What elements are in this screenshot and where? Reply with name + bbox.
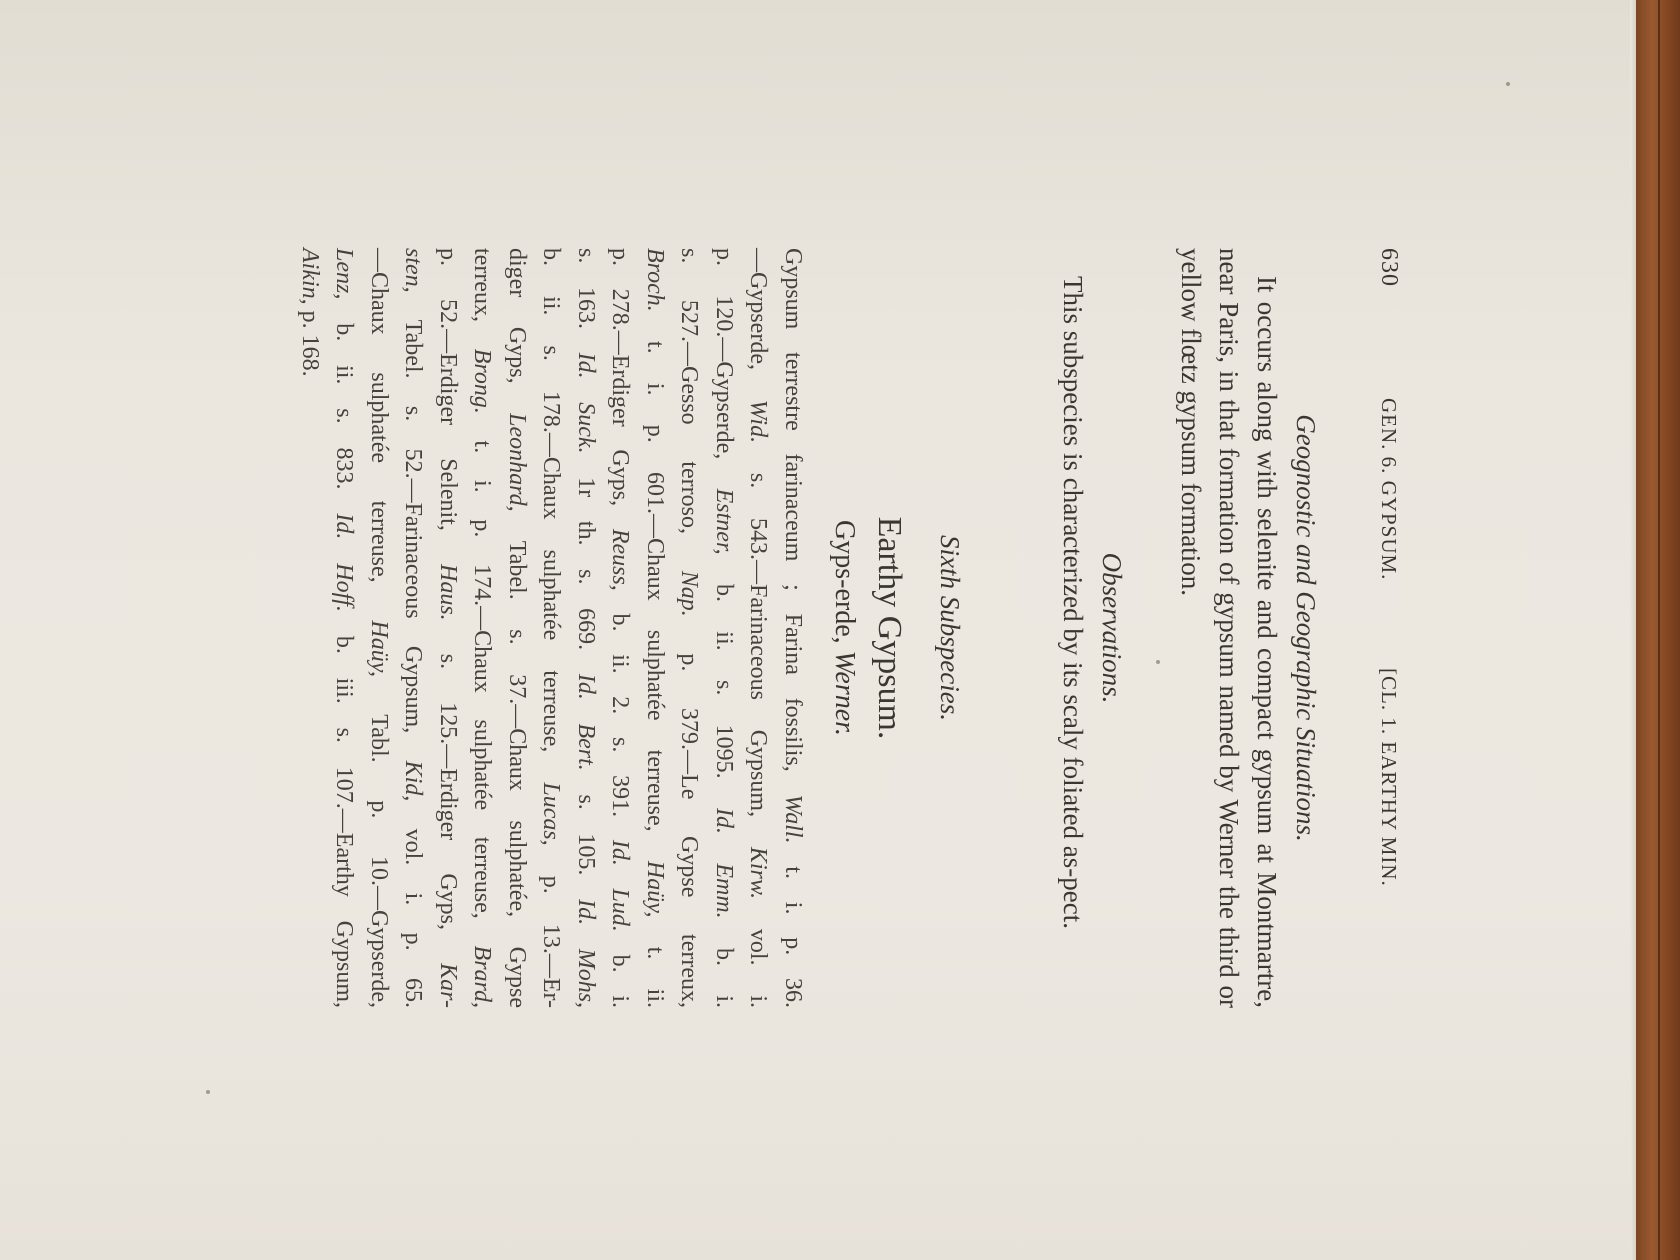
citation-author: Aikin, <box>297 248 323 305</box>
citation-text: b. ii. s. 833. <box>332 299 358 513</box>
synonymy-line: sten, Tabel. s. 52.—Farinaceous Gypsum, … <box>396 248 431 1008</box>
citation-author: Id. Emm. <box>711 808 737 919</box>
citation-text: —Gypserde, <box>746 248 772 400</box>
running-head: 630 GEN. 6. GYPSUM. [CL. 1. EARTHY MIN. <box>1368 248 1402 1008</box>
section-heading-geognostic: Geognostic and Geographic Situations. <box>1286 248 1326 1008</box>
citation-text: Tabel. s. 52.—Farinaceous Gypsum, <box>401 293 427 761</box>
synonymy-line: p. 278.—Erdiger Gyps, Reuss, b. ii. 2. s… <box>603 248 638 1008</box>
running-head-right: [CL. 1. EARTHY MIN. <box>1376 668 1401 887</box>
citation-text: Gypsum terrestre farinaceum ; Farina fos… <box>780 248 806 794</box>
german-author: Werner. <box>829 651 860 736</box>
running-head-left: GEN. 6. GYPSUM. <box>1376 398 1401 668</box>
citation-text: p. 168. <box>297 305 323 377</box>
citation-author: Id. Bert. <box>573 674 599 771</box>
citation-author: Nap. <box>677 571 703 617</box>
paragraph-geognostic: It occurs along with selenite and compac… <box>1172 248 1286 1008</box>
citation-text: Tabl. p. 10.—Gypserde, <box>366 677 392 1008</box>
citation-author: Id. Suck. <box>573 353 599 454</box>
paragraph-observations: This subspecies is characterized by its … <box>1054 248 1092 1008</box>
species-title: Earthy Gypsum. <box>866 248 912 1008</box>
citation-text: p. 278.—Erdiger Gyps, <box>608 248 634 529</box>
citation-text: s. 543.—Farinaceous Gypsum, <box>746 443 772 847</box>
synonymy-line: p. 120.—Gypserde, Estner, b. ii. s. 1095… <box>707 248 742 1008</box>
citation-text: t. i. p. 174.—Chaux sulphatée terreuse, <box>470 414 496 946</box>
citation-text: p. 379.—Le Gypse terreux, <box>677 617 703 1008</box>
citation-author: Broch. <box>642 248 668 312</box>
citation-text: p. 52.—Erdiger Selenit, <box>435 248 461 564</box>
citation-author: Id. Hoff. <box>332 513 358 612</box>
paper-fleck <box>1506 82 1510 86</box>
page-number: 630 <box>1375 248 1402 398</box>
citation-author: Estner, <box>711 489 737 555</box>
citation-author: Wid. <box>746 400 772 443</box>
synonymy-line: diger Gyps, Leonhard, Tabel. s. 37.—Chau… <box>500 248 535 1008</box>
citation-text: —Chaux sulphatée terreuse, <box>366 248 392 620</box>
citation-text: vol. i. <box>746 899 772 1008</box>
paper-fleck <box>206 1090 210 1094</box>
wooden-table-edge <box>1634 0 1680 1260</box>
citation-text: p. 13.—Er- <box>539 846 565 1008</box>
citation-author: Kirw. <box>746 847 772 899</box>
synonymy-line: Aikin, p. 168. <box>293 248 328 1008</box>
citation-text: b. ii. s. 178.—Chaux sulphatée terreuse, <box>539 248 565 782</box>
citation-text: b. ii. 2. s. 391. <box>608 591 634 840</box>
citation-text: b. i. <box>608 932 634 1008</box>
synonymy-line: —Chaux sulphatée terreuse, Haüy, Tabl. p… <box>362 248 397 1008</box>
citation-text: t. i. p. 601.—Chaux sulphatée terreuse, <box>642 312 668 861</box>
citation-text: terreux, <box>470 248 496 349</box>
rotated-photo-frame: 630 GEN. 6. GYPSUM. [CL. 1. EARTHY MIN. … <box>0 0 1680 1260</box>
citation-text: s. 163. <box>573 248 599 353</box>
page-top-edge <box>1630 0 1636 1260</box>
german-name: Gyps-erde, <box>829 520 860 644</box>
citation-author: Id. Mohs, <box>573 899 599 1008</box>
citation-author: Id. Lud. <box>608 840 634 932</box>
citation-text: Tabel. s. 37.—Chaux sulphatée, Gypse <box>504 512 530 1008</box>
citation-author: Haus. <box>435 564 461 621</box>
wood-grain <box>1658 0 1660 1260</box>
section-heading-observations: Observations. <box>1092 248 1132 1008</box>
citation-text: diger Gyps, <box>504 248 530 413</box>
citation-author: Haüy, <box>642 861 668 918</box>
citation-text: b. iii. s. 107.—Earthy Gypsum, <box>332 612 358 1008</box>
synonymy-line: p. 52.—Erdiger Selenit, Haus. s. 125.—Er… <box>431 248 466 1008</box>
citation-author: Kid, <box>401 761 427 802</box>
citation-text: s. 125.—Erdiger Gyps, <box>435 621 461 963</box>
citation-author: Brong. <box>470 349 496 414</box>
synonymy-line: —Gypserde, Wid. s. 543.—Farinaceous Gyps… <box>741 248 776 1008</box>
citation-author: Leonhard, <box>504 413 530 511</box>
synonymy-block: Gypsum terrestre farinaceum ; Farina fos… <box>293 248 811 1008</box>
citation-text: s. 527.—Gesso terroso, <box>677 248 703 571</box>
synonymy-line: Gypsum terrestre farinaceum ; Farina fos… <box>776 248 811 1008</box>
citation-author: Brard, <box>470 946 496 1008</box>
synonymy-line: b. ii. s. 178.—Chaux sulphatée terreuse,… <box>534 248 569 1008</box>
citation-author: sten, <box>401 248 427 293</box>
text-line: pect. <box>1058 877 1088 929</box>
citation-author: Lenz, <box>332 248 358 299</box>
synonymy-line: s. 163. Id. Suck. 1r th. s. 669. Id. Ber… <box>569 248 604 1008</box>
citation-text: t. ii. <box>642 918 668 1008</box>
citation-text: 1r th. s. 669. <box>573 454 599 674</box>
citation-text: p. 120.—Gypserde, <box>711 248 737 489</box>
citation-author: Haüy, <box>366 620 392 677</box>
subspecies-label: Sixth Subspecies. <box>930 248 970 1008</box>
citation-text: b. i. <box>711 919 737 1008</box>
synonymy-line: Lenz, b. ii. s. 833. Id. Hoff. b. iii. s… <box>327 248 362 1008</box>
citation-text: vol. i. p. 65. <box>401 801 427 1008</box>
species-german-name: Gyps-erde, Werner. <box>824 248 864 1008</box>
text-line: This subspecies is characterized by its … <box>1058 276 1088 877</box>
citation-author: Wall. <box>780 794 806 843</box>
citation-text: s. 105. <box>573 771 599 899</box>
citation-author: Kar- <box>435 963 461 1008</box>
synonymy-line: terreux, Brong. t. i. p. 174.—Chaux sulp… <box>465 248 500 1008</box>
citation-text: t. i. p. 36. <box>780 844 806 1008</box>
page-content: 630 GEN. 6. GYPSUM. [CL. 1. EARTHY MIN. … <box>293 248 1403 1008</box>
citation-text: b. ii. s. 1095. <box>711 555 737 808</box>
text-line: It occurs along with selenite and compac… <box>1252 276 1282 872</box>
synonymy-line: Broch. t. i. p. 601.—Chaux sulphatée ter… <box>638 248 673 1008</box>
citation-author: Reuss, <box>608 529 634 591</box>
citation-author: Lucas, <box>539 782 565 845</box>
synonymy-line: s. 527.—Gesso terroso, Nap. p. 379.—Le G… <box>672 248 707 1008</box>
book-page: 630 GEN. 6. GYPSUM. [CL. 1. EARTHY MIN. … <box>0 0 1630 1260</box>
